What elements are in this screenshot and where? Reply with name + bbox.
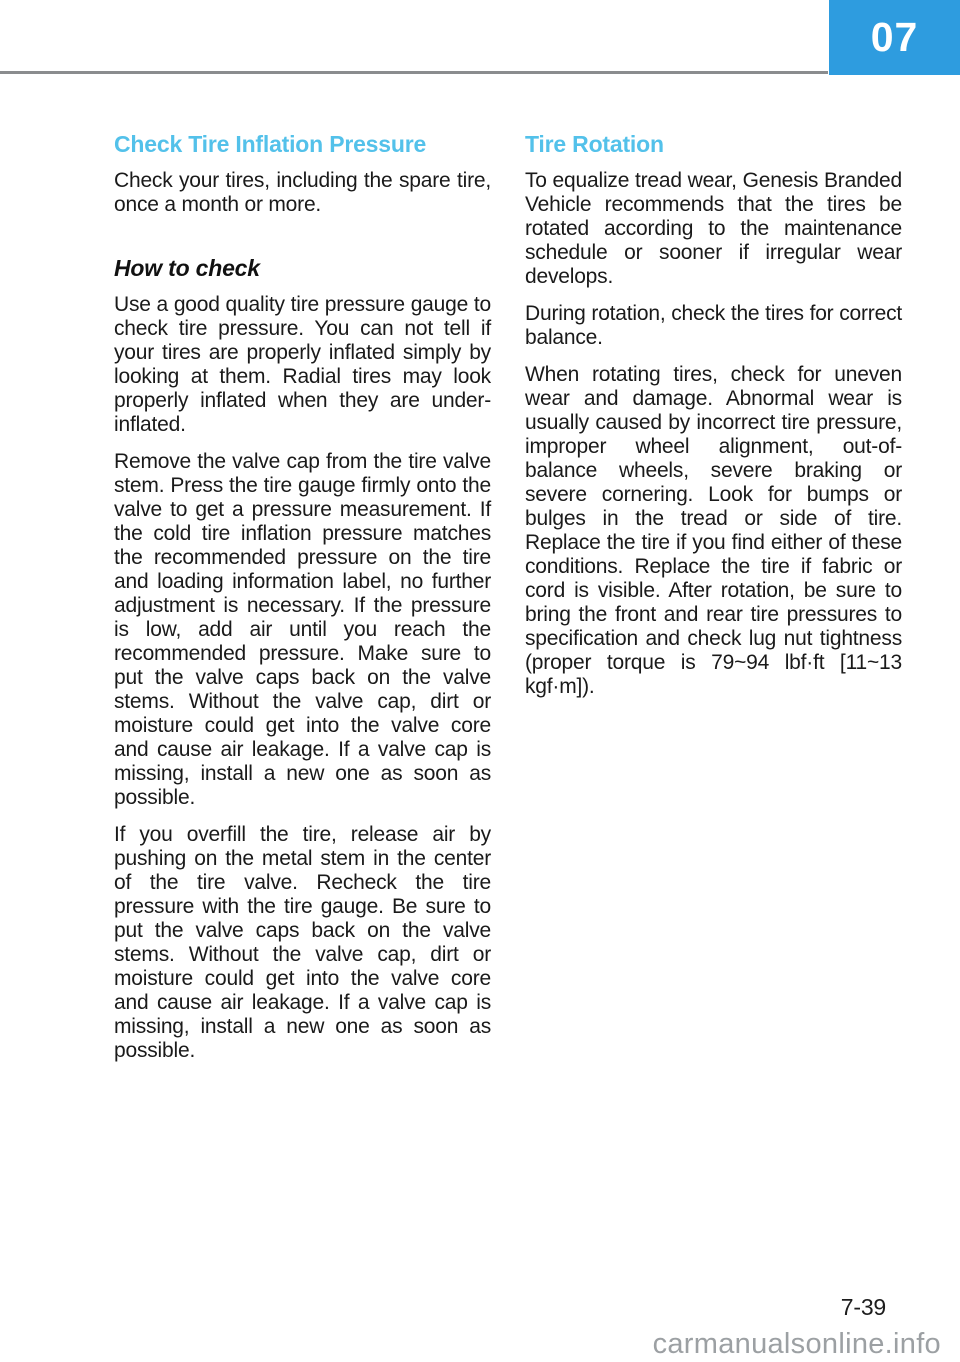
chapter-badge: 07 [829, 0, 960, 75]
subsection-heading-how-to-check: How to check [114, 255, 491, 283]
paragraph-remove-valve-cap: Remove the valve cap from the tire valve… [114, 450, 491, 810]
paragraph-during-rotation: During rotation, check the tires for cor… [525, 302, 902, 350]
watermark: carmanualsonline.info [0, 1328, 941, 1361]
paragraph-check-tires-intro: Check your tires, including the spare ti… [114, 169, 491, 217]
page-number: 7-39 [0, 1294, 886, 1321]
section-heading-tire-rotation: Tire Rotation [525, 131, 902, 159]
right-column: Tire Rotation To equalize tread wear, Ge… [525, 131, 902, 1076]
section-heading-check-tire-inflation-pressure: Check Tire Inflation Pressure [114, 131, 491, 159]
paragraph-equalize-tread-wear: To equalize tread wear, Genesis Branded … [525, 169, 902, 289]
paragraph-overfill-release-air: If you overfill the tire, release air by… [114, 823, 491, 1063]
paragraph-when-rotating-tires: When rotating tires, check for uneven we… [525, 363, 902, 699]
page-content: Check Tire Inflation Pressure Check your… [114, 131, 902, 1076]
paragraph-use-gauge: Use a good quality tire pressure gauge t… [114, 293, 491, 437]
header-rule [0, 71, 828, 74]
left-column: Check Tire Inflation Pressure Check your… [114, 131, 491, 1076]
manual-page: 07 Check Tire Inflation Pressure Check y… [0, 0, 960, 1362]
